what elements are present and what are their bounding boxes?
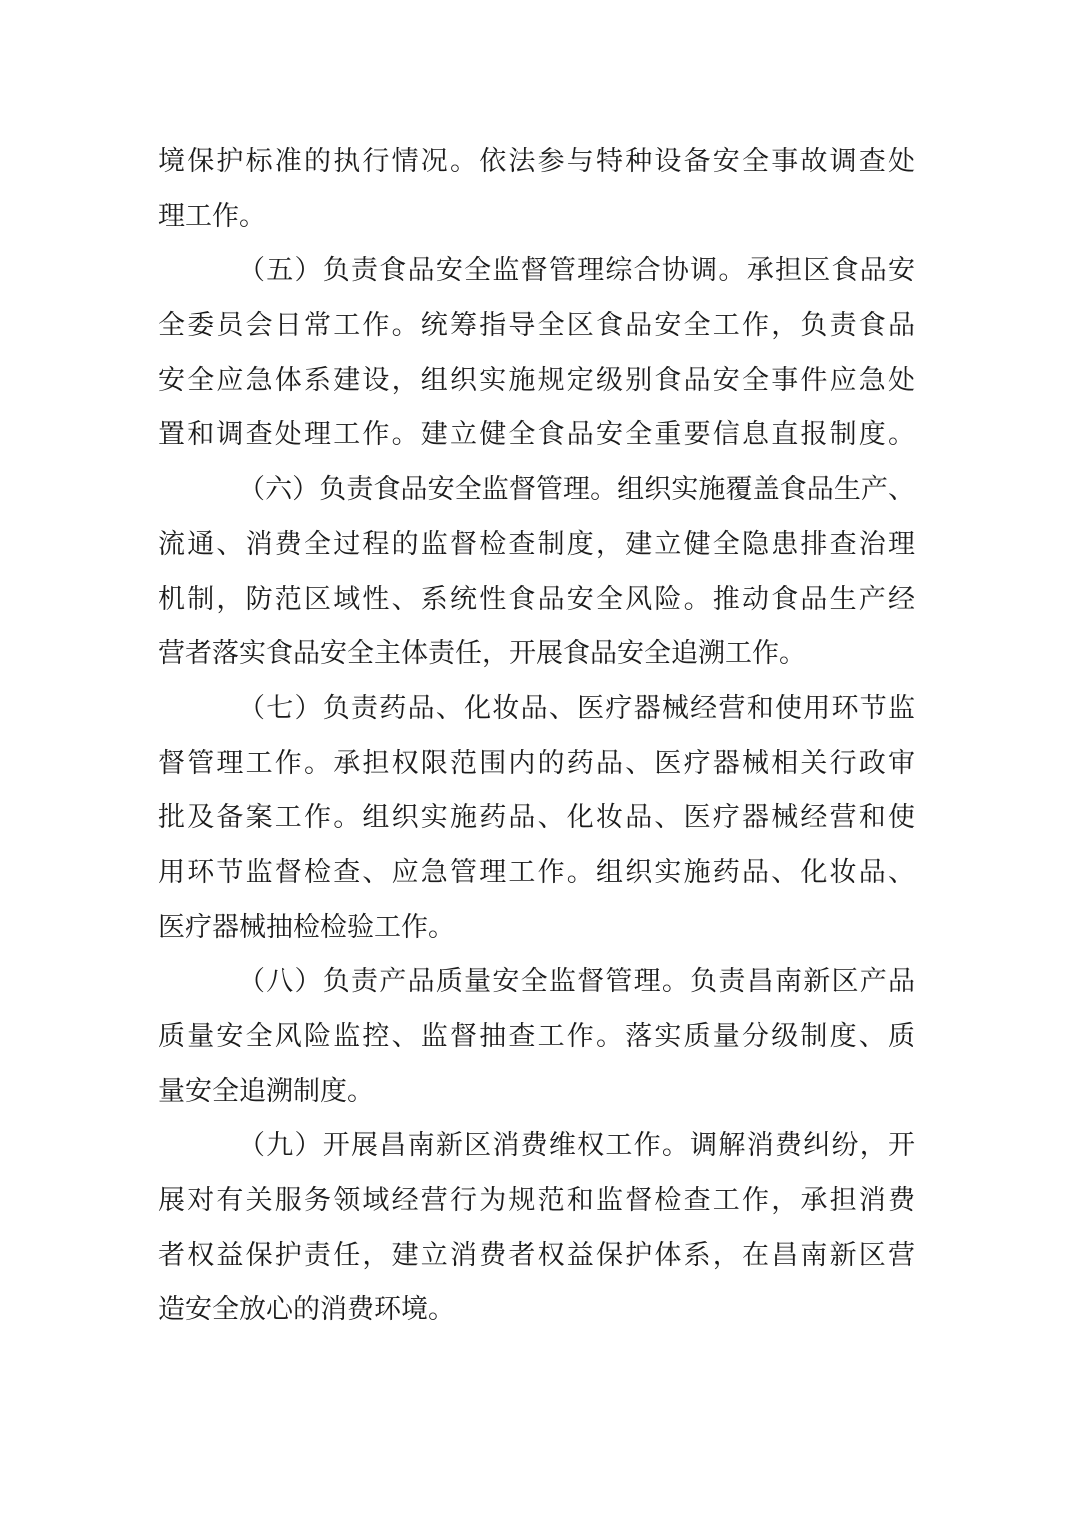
text-line: 质量安全风险监控、监督抽查工作。落实质量分级制度、质	[158, 1009, 915, 1064]
text-line: 展对有关服务领域经营行为规范和监督检查工作，承担消费	[158, 1173, 915, 1228]
text-line: 造安全放心的消费环境。	[158, 1282, 915, 1337]
text-line: 理工作。	[158, 189, 915, 244]
text-line: 流通、消费全过程的监督检查制度，建立健全隐患排查治理	[158, 517, 915, 572]
text-line: 营者落实食品安全主体责任，开展食品安全追溯工作。	[158, 626, 915, 681]
text-line: 量安全追溯制度。	[158, 1064, 915, 1119]
text-line: 机制，防范区域性、系统性食品安全风险。推动食品生产经	[158, 572, 915, 627]
text-line: （七）负责药品、化妆品、医疗器械经营和使用环节监	[158, 681, 915, 736]
text-line: 境保护标准的执行情况。依法参与特种设备安全事故调查处	[158, 134, 915, 189]
text-line: 医疗器械抽检检验工作。	[158, 900, 915, 955]
text-line: （六）负责食品安全监督管理。组织实施覆盖食品生产、	[158, 462, 915, 517]
text-line: 安全应急体系建设，组织实施规定级别食品安全事件应急处	[158, 353, 915, 408]
text-line: 督管理工作。承担权限范围内的药品、医疗器械相关行政审	[158, 736, 915, 791]
text-line: 用环节监督检查、应急管理工作。组织实施药品、化妆品、	[158, 845, 915, 900]
document-body: 境保护标准的执行情况。依法参与特种设备安全事故调查处理工作。（五）负责食品安全监…	[158, 134, 915, 1337]
text-line: 批及备案工作。组织实施药品、化妆品、医疗器械经营和使	[158, 790, 915, 845]
document-page: 境保护标准的执行情况。依法参与特种设备安全事故调查处理工作。（五）负责食品安全监…	[0, 0, 1074, 1520]
text-line: 全委员会日常工作。统筹指导全区食品安全工作，负责食品	[158, 298, 915, 353]
text-line: 置和调查处理工作。建立健全食品安全重要信息直报制度。	[158, 407, 915, 462]
text-line: （九）开展昌南新区消费维权工作。调解消费纠纷，开	[158, 1118, 915, 1173]
text-line: （五）负责食品安全监督管理综合协调。承担区食品安	[158, 243, 915, 298]
text-line: 者权益保护责任，建立消费者权益保护体系，在昌南新区营	[158, 1228, 915, 1283]
text-line: （八）负责产品质量安全监督管理。负责昌南新区产品	[158, 954, 915, 1009]
